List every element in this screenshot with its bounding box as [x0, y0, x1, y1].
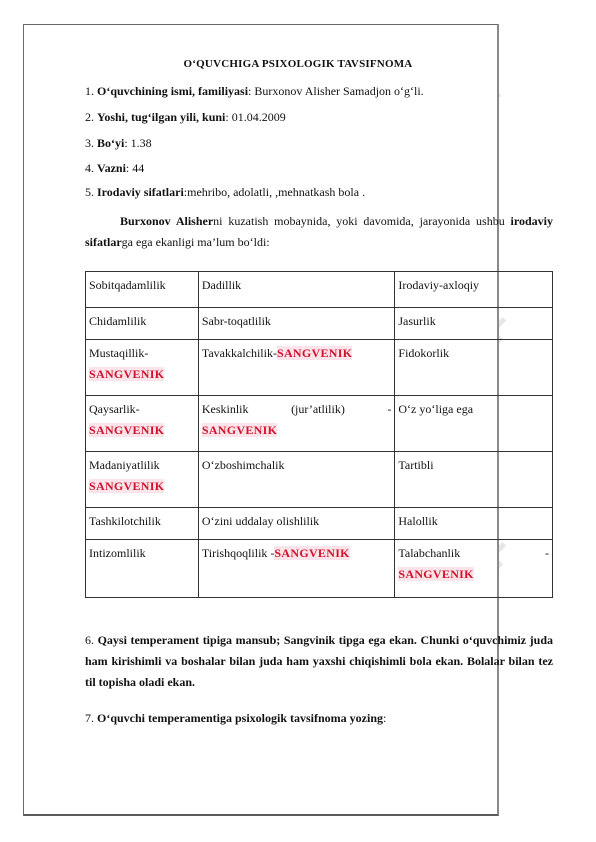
table-cell: MadaniyatlilikSANGVENIK	[86, 452, 199, 508]
sangvinik-tag: SANGVENIK	[202, 423, 277, 437]
cell-text: Tashkilotchilik	[89, 514, 161, 528]
question-7-label: O‘quvchi temperamentiga psixologik tavsi…	[97, 711, 383, 725]
sangvinik-tag: SANGVENIK	[89, 479, 164, 493]
sangvinik-tag: SANGVENIK	[277, 346, 352, 360]
cell-text: Mustaqillik-	[89, 346, 148, 360]
field-value: : 01.04.2009	[225, 110, 285, 124]
field-birthdate: 2. Yoshi, tug‘ilgan yili, kuni: 01.04.20…	[85, 110, 286, 125]
cell-text: Chidamlilik	[89, 314, 146, 328]
field-label: Bo‘yi	[97, 136, 124, 150]
table-row: Qaysarlik-SANGVENIKKeskinlik(jur’atlilik…	[86, 396, 553, 452]
field-qualities: 5. Irodaviy sifatlari:mehribo, adolatli,…	[85, 185, 365, 200]
table-cell: Jasurlik	[395, 308, 553, 340]
table-row: IntizomlilikTirishqoqlilik -SANGVENIKTal…	[86, 540, 553, 598]
cell-text: Tartibli	[398, 458, 433, 472]
cell-text: Dadillik	[202, 278, 241, 292]
table-cell: Chidamlilik	[86, 308, 199, 340]
cell-text: Tirishqoqlilik -	[202, 546, 275, 560]
table-cell: Sobitqadamlilik	[86, 272, 199, 308]
cell-text: -	[545, 543, 549, 564]
sangvinik-tag: SANGVENIK	[89, 367, 164, 381]
field-label: O‘quvchining ismi, familiyasi	[97, 84, 248, 98]
table-cell: Irodaviy-axloqiy	[395, 272, 553, 308]
cell-text: O‘zini uddalay olishlilik	[202, 514, 319, 528]
table-cell: O‘z yo‘liga ega	[395, 396, 553, 452]
cell-text: Tavakkalchilik-	[202, 346, 277, 360]
traits-table: SobitqadamlilikDadillikIrodaviy-axloqiyC…	[85, 271, 553, 598]
cell-text: Madaniyatlilik	[89, 458, 160, 472]
question-number: 7.	[85, 711, 94, 725]
cell-line: Keskinlik(jur’atlilik)-	[202, 399, 392, 420]
cell-text: Talabchanlik	[398, 543, 460, 564]
cell-text: (jur’atlilik)	[291, 399, 345, 420]
table-row: MadaniyatlilikSANGVENIKO‘zboshimchalikTa…	[86, 452, 553, 508]
cell-text: Sobitqadamlilik	[89, 278, 166, 292]
sangvinik-tag: SANGVENIK	[398, 567, 473, 581]
table-row: TashkilotchilikO‘zini uddalay olishlilik…	[86, 508, 553, 540]
field-name: 1. O‘quvchining ismi, familiyasi: Burxon…	[85, 84, 424, 99]
table-cell: Tavakkalchilik-SANGVENIK	[198, 340, 395, 396]
cell-text: Intizomlilik	[89, 546, 146, 560]
field-value: : 44	[126, 161, 144, 175]
field-value: :mehribo, adolatli, ,mehnatkash bola .	[184, 185, 365, 199]
field-label: Irodaviy sifatlari	[97, 185, 184, 199]
student-name: Burxonov Alisher	[120, 214, 213, 228]
table-cell: O‘zboshimchalik	[198, 452, 395, 508]
cell-text: Jasurlik	[398, 314, 435, 328]
cell-text: O‘z yo‘liga ega	[398, 402, 473, 416]
sangvinik-tag: SANGVENIK	[89, 423, 164, 437]
field-number: 1.	[85, 84, 94, 98]
table-cell: Talabchanlik-SANGVENIK	[395, 540, 553, 598]
question-6-text: Qaysi temperament tipiga mansub; Sangvin…	[85, 633, 553, 689]
table-row: Mustaqillik-SANGVENIKTavakkalchilik-SANG…	[86, 340, 553, 396]
cell-text: -	[387, 399, 391, 420]
field-number: 4.	[85, 161, 94, 175]
field-value: : Burxonov Alisher Samadjon o‘g‘li.	[248, 84, 424, 98]
cell-text: O‘zboshimchalik	[202, 458, 285, 472]
question-number: 6.	[85, 633, 94, 647]
field-weight: 4. Vazni: 44	[85, 161, 144, 176]
table-cell: Dadillik	[198, 272, 395, 308]
intro-text: ga ega ekanligi ma’lum bo‘ldi:	[122, 235, 270, 249]
field-number: 3.	[85, 136, 94, 150]
cell-text: Qaysarlik-	[89, 402, 140, 416]
intro-text: ni kuzatish mobaynida, yoki davomida, ja…	[213, 214, 510, 228]
document-title: O‘QUVCHIGA PSIXOLOGIK TAVSIFNOMA	[0, 58, 596, 70]
table-cell: Tartibli	[395, 452, 553, 508]
field-label: Yoshi, tug‘ilgan yili, kuni	[97, 110, 225, 124]
cell-line: Talabchanlik-	[398, 543, 549, 564]
question-6: 6. Qaysi temperament tipiga mansub; Sang…	[85, 630, 553, 693]
table-cell: Intizomlilik	[86, 540, 199, 598]
table-cell: Fidokorlik	[395, 340, 553, 396]
sangvinik-tag: SANGVENIK	[274, 546, 349, 560]
table-cell: O‘zini uddalay olishlilik	[198, 508, 395, 540]
table-cell: Keskinlik(jur’atlilik)-SANGVENIK	[198, 396, 395, 452]
intro-paragraph: Burxonov Alisherni kuzatish mobaynida, y…	[85, 211, 553, 253]
table-row: SobitqadamlilikDadillikIrodaviy-axloqiy	[86, 272, 553, 308]
table-cell: Halollik	[395, 508, 553, 540]
cell-text: Keskinlik	[202, 399, 249, 420]
field-height: 3. Bo‘yi: 1.38	[85, 136, 152, 151]
field-label: Vazni	[97, 161, 126, 175]
cell-text: Irodaviy-axloqiy	[398, 278, 479, 292]
table-cell: Sabr-toqatlilik	[198, 308, 395, 340]
cell-text: Sabr-toqatlilik	[202, 314, 271, 328]
field-number: 2.	[85, 110, 94, 124]
table-cell: Mustaqillik-SANGVENIK	[86, 340, 199, 396]
field-number: 5.	[85, 185, 94, 199]
cell-text: Fidokorlik	[398, 346, 449, 360]
cell-text: Halollik	[398, 514, 437, 528]
table-row: ChidamlilikSabr-toqatlilikJasurlik	[86, 308, 553, 340]
table-cell: Tashkilotchilik	[86, 508, 199, 540]
question-7: 7. O‘quvchi temperamentiga psixologik ta…	[85, 711, 386, 726]
table-cell: Qaysarlik-SANGVENIK	[86, 396, 199, 452]
table-cell: Tirishqoqlilik -SANGVENIK	[198, 540, 395, 598]
question-7-suffix: :	[383, 711, 386, 725]
field-value: : 1.38	[124, 136, 151, 150]
